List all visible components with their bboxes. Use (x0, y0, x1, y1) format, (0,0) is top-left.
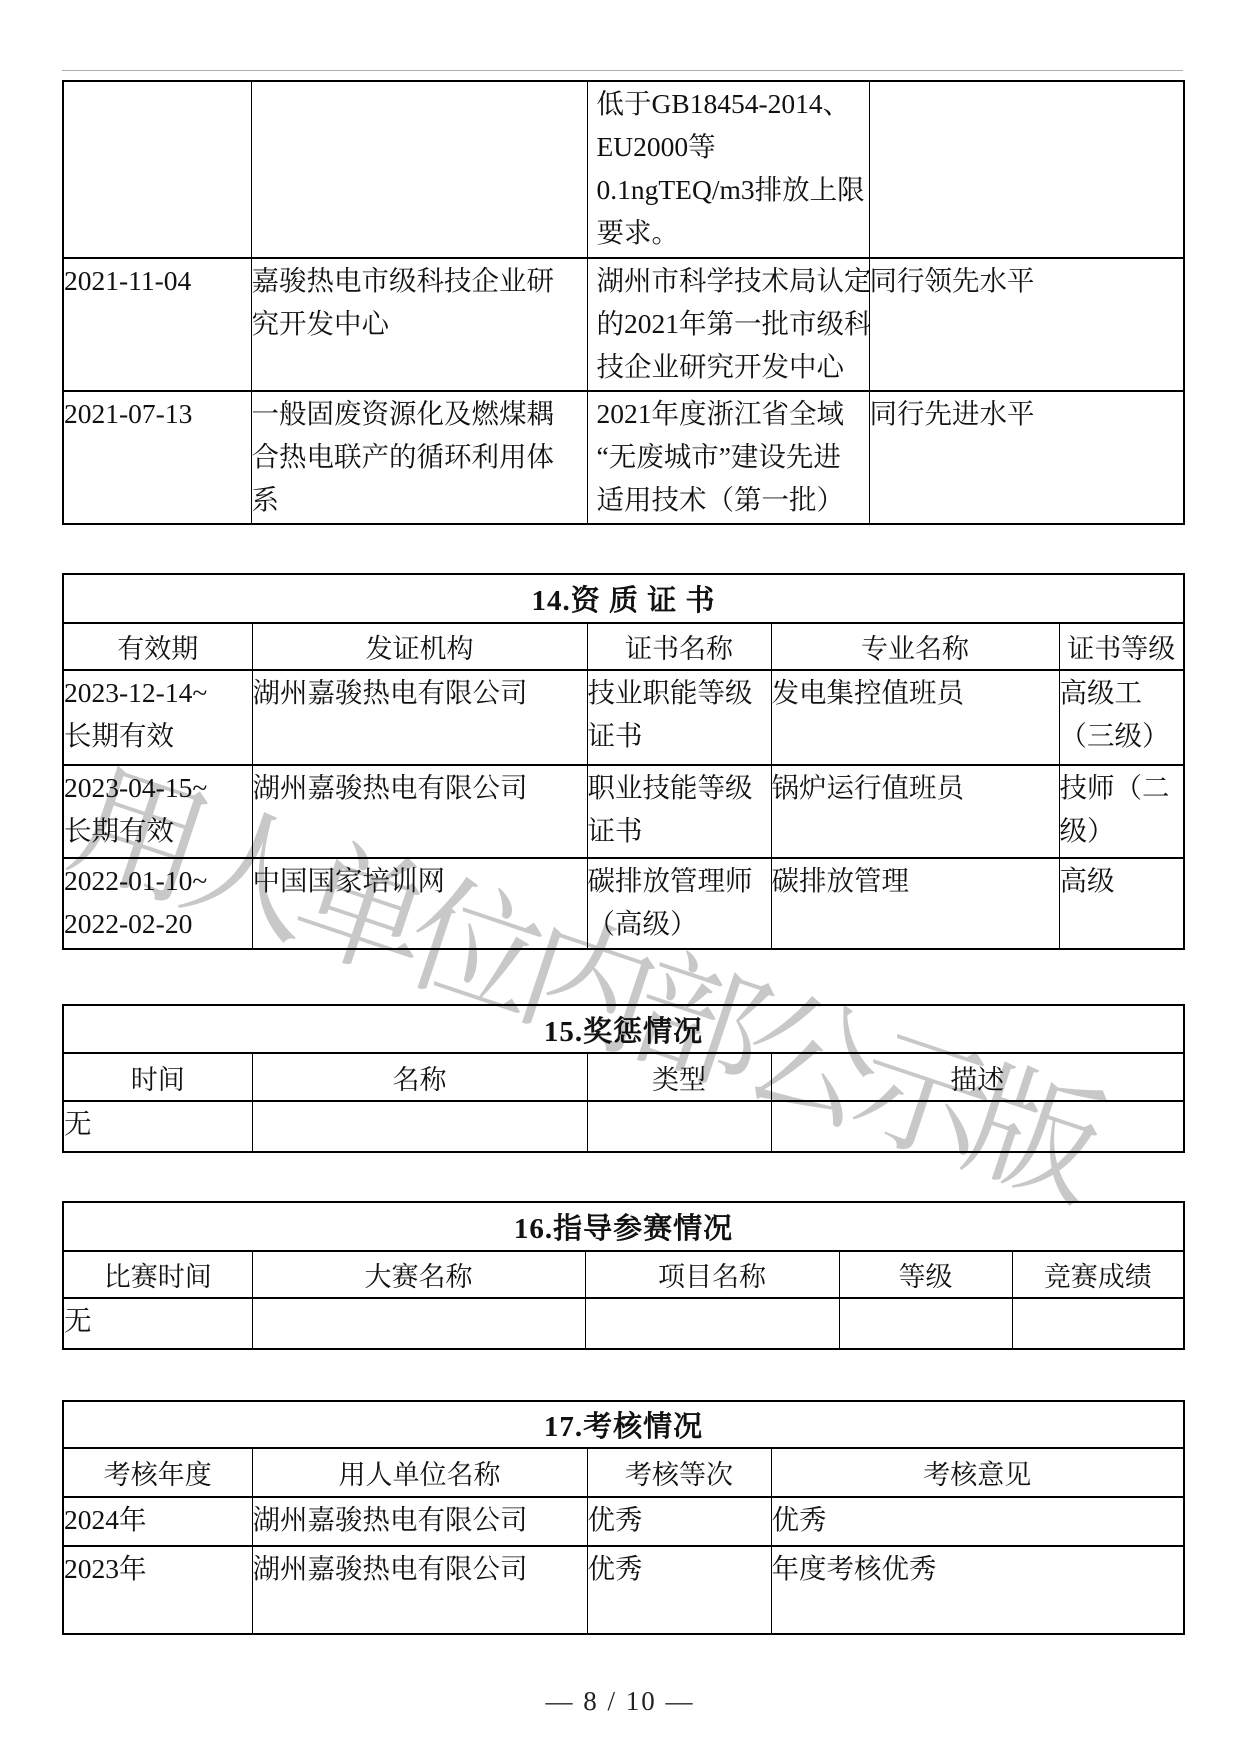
column-header: 考核年度 (63, 1448, 252, 1497)
table-row: 2023-04-15~ 长期有效 湖州嘉骏热电有限公司 职业技能等级 证书 锅炉… (63, 765, 1184, 858)
page-number: — 8 / 10 — (0, 1686, 1240, 1717)
award-level-cell (869, 81, 1184, 258)
cert-name-cell: 碳排放管理师 （高级） (587, 858, 771, 949)
column-header: 有效期 (63, 623, 252, 670)
award-date-cell: 2021-07-13 (63, 391, 251, 524)
competition-score-cell (1012, 1298, 1184, 1349)
reward-name-cell (252, 1101, 587, 1152)
awards-continuation-table: 低于GB18454-2014、 EU2000等 0.1ngTEQ/m3排放上限 … (62, 80, 1185, 525)
column-header: 时间 (63, 1053, 252, 1101)
table-title-row: 17.考核情况 (63, 1401, 1184, 1448)
column-header: 描述 (771, 1053, 1184, 1101)
column-header: 证书名称 (587, 623, 771, 670)
award-date-cell: 2021-11-04 (63, 258, 251, 391)
page-break-line (62, 70, 1183, 71)
assessment-opinion-cell: 优秀 (771, 1497, 1184, 1546)
award-date-cell (63, 81, 251, 258)
assessment-table: 17.考核情况 考核年度 用人单位名称 考核等次 考核意见 2024年 湖州嘉骏… (62, 1400, 1185, 1635)
cert-major-cell: 碳排放管理 (771, 858, 1059, 949)
award-name-cell: 嘉骏热电市级科技企业研 究开发中心 (251, 258, 587, 391)
competition-time-cell: 无 (63, 1298, 252, 1349)
column-header: 项目名称 (585, 1251, 839, 1298)
reward-desc-cell (771, 1101, 1184, 1152)
column-header: 专业名称 (771, 623, 1059, 670)
assessment-opinion-cell: 年度考核优秀 (771, 1546, 1184, 1634)
column-header: 等级 (839, 1251, 1012, 1298)
table-row: 无 (63, 1101, 1184, 1152)
reward-type-cell (587, 1101, 771, 1152)
table-row: 2021-11-04 嘉骏热电市级科技企业研 究开发中心 湖州市科学技术局认定 … (63, 258, 1184, 391)
table-header-row: 时间 名称 类型 描述 (63, 1053, 1184, 1101)
cert-level-cell: 高级 (1059, 858, 1184, 949)
table-row: 无 (63, 1298, 1184, 1349)
cert-validity-cell: 2023-12-14~ 长期有效 (63, 670, 252, 765)
assessment-year-cell: 2023年 (63, 1546, 252, 1634)
competition-name-cell (252, 1298, 585, 1349)
column-header: 名称 (252, 1053, 587, 1101)
column-header: 类型 (587, 1053, 771, 1101)
table-title-row: 15.奖惩情况 (63, 1005, 1184, 1053)
table-row: 2023年 湖州嘉骏热电有限公司 优秀 年度考核优秀 (63, 1546, 1184, 1634)
assessment-employer-cell: 湖州嘉骏热电有限公司 (252, 1546, 587, 1634)
table-row: 2021-07-13 一般固废资源化及燃煤耦 合热电联产的循环利用体 系 202… (63, 391, 1184, 524)
assessment-employer-cell: 湖州嘉骏热电有限公司 (252, 1497, 587, 1546)
table-header-row: 有效期 发证机构 证书名称 专业名称 证书等级 (63, 623, 1184, 670)
award-name-cell (251, 81, 587, 258)
section-title: 14.资 质 证 书 (63, 574, 1184, 623)
column-header: 比赛时间 (63, 1251, 252, 1298)
competition-level-cell (839, 1298, 1012, 1349)
award-level-cell: 同行领先水平 (869, 258, 1184, 391)
rewards-table: 15.奖惩情况 时间 名称 类型 描述 无 (62, 1004, 1185, 1153)
document-page: 用人单位内部公示版 低于GB18454-2014、 EU2000等 0.1ngT… (0, 0, 1240, 1754)
cert-issuer-cell: 中国国家培训网 (252, 858, 587, 949)
cert-major-cell: 锅炉运行值班员 (771, 765, 1059, 858)
cert-major-cell: 发电集控值班员 (771, 670, 1059, 765)
column-header: 竞赛成绩 (1012, 1251, 1184, 1298)
cert-name-cell: 职业技能等级 证书 (587, 765, 771, 858)
assessment-grade-cell: 优秀 (587, 1497, 771, 1546)
column-header: 发证机构 (252, 623, 587, 670)
column-header: 大赛名称 (252, 1251, 585, 1298)
reward-time-cell: 无 (63, 1101, 252, 1152)
cert-name-cell: 技业职能等级 证书 (587, 670, 771, 765)
assessment-year-cell: 2024年 (63, 1497, 252, 1546)
table-title-row: 14.资 质 证 书 (63, 574, 1184, 623)
table-row: 2023-12-14~ 长期有效 湖州嘉骏热电有限公司 技业职能等级 证书 发电… (63, 670, 1184, 765)
competition-table: 16.指导参赛情况 比赛时间 大赛名称 项目名称 等级 竞赛成绩 无 (62, 1201, 1185, 1350)
award-level-cell: 同行先进水平 (869, 391, 1184, 524)
cert-level-cell: 技师（二 级） (1059, 765, 1184, 858)
award-desc-cell: 低于GB18454-2014、 EU2000等 0.1ngTEQ/m3排放上限 … (587, 81, 869, 258)
table-title-row: 16.指导参赛情况 (63, 1202, 1184, 1251)
cert-issuer-cell: 湖州嘉骏热电有限公司 (252, 765, 587, 858)
award-desc-cell: 湖州市科学技术局认定 的2021年第一批市级科 技企业研究开发中心 (587, 258, 869, 391)
cert-validity-cell: 2022-01-10~ 2022-02-20 (63, 858, 252, 949)
award-name-cell: 一般固废资源化及燃煤耦 合热电联产的循环利用体 系 (251, 391, 587, 524)
assessment-grade-cell: 优秀 (587, 1546, 771, 1634)
table-row: 2024年 湖州嘉骏热电有限公司 优秀 优秀 (63, 1497, 1184, 1546)
table-row: 2022-01-10~ 2022-02-20 中国国家培训网 碳排放管理师 （高… (63, 858, 1184, 949)
column-header: 考核意见 (771, 1448, 1184, 1497)
award-desc-cell: 2021年度浙江省全域 “无废城市”建设先进 适用技术（第一批） (587, 391, 869, 524)
column-header: 证书等级 (1059, 623, 1184, 670)
section-title: 17.考核情况 (63, 1401, 1184, 1448)
cert-level-cell: 高级工 （三级） (1059, 670, 1184, 765)
cert-issuer-cell: 湖州嘉骏热电有限公司 (252, 670, 587, 765)
section-title: 15.奖惩情况 (63, 1005, 1184, 1053)
column-header: 考核等次 (587, 1448, 771, 1497)
cert-validity-cell: 2023-04-15~ 长期有效 (63, 765, 252, 858)
certificates-table: 14.资 质 证 书 有效期 发证机构 证书名称 专业名称 证书等级 2023-… (62, 573, 1185, 950)
competition-project-cell (585, 1298, 839, 1349)
table-header-row: 考核年度 用人单位名称 考核等次 考核意见 (63, 1448, 1184, 1497)
column-header: 用人单位名称 (252, 1448, 587, 1497)
table-row: 低于GB18454-2014、 EU2000等 0.1ngTEQ/m3排放上限 … (63, 81, 1184, 258)
table-header-row: 比赛时间 大赛名称 项目名称 等级 竞赛成绩 (63, 1251, 1184, 1298)
section-title: 16.指导参赛情况 (63, 1202, 1184, 1251)
